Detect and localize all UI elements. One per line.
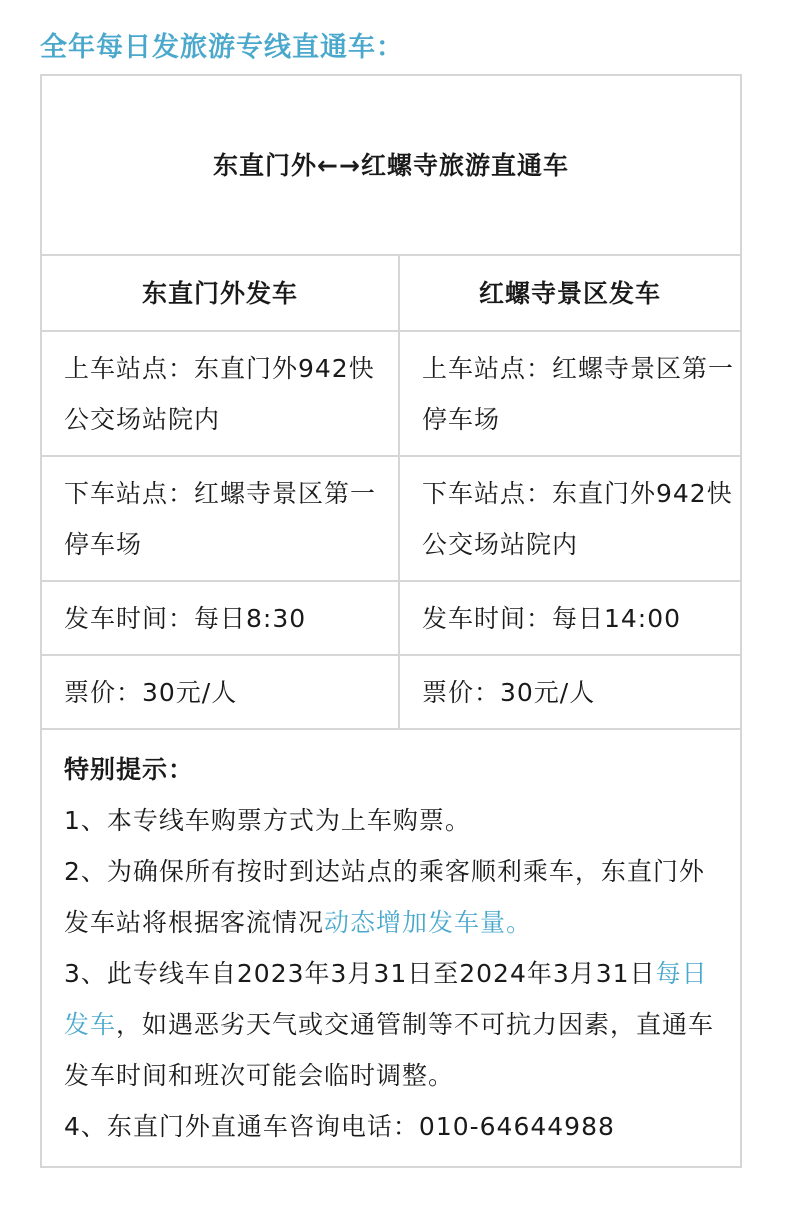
note-item-2-highlight: 动态增加发车量。 [324, 908, 532, 937]
table-row-fare: 票价：30元/人 票价：30元/人 [41, 655, 741, 729]
special-notes: 特别提示： 1、本专线车购票方式为上车购票。 2、为确保所有按时到达站点的乘客顺… [41, 729, 741, 1167]
table-row-boarding: 上车站点：东直门外942快公交场站院内 上车站点：红螺寺景区第一停车场 [41, 331, 741, 456]
section-heading: 全年每日发旅游专线直通车： [40, 28, 404, 68]
note-item-3-suffix: ，如遇恶劣天气或交通管制等不可抗力因素，直通车发车时间和班次可能会临时调整。 [64, 1010, 714, 1090]
departure-time-right: 发车时间：每日14:00 [399, 581, 741, 655]
alighting-stop-right: 下车站点：东直门外942快公交场站院内 [399, 456, 741, 581]
fare-left: 票价：30元/人 [41, 655, 399, 729]
table-row-departure-time: 发车时间：每日8:30 发车时间：每日14:00 [41, 581, 741, 655]
note-item-4: 4、东直门外直通车咨询电话：010-64644988 [64, 1101, 718, 1152]
note-item-3-prefix: 3、此专线车自2023年3月31日至2024年3月31日 [64, 959, 656, 988]
fare-right: 票价：30元/人 [399, 655, 741, 729]
table-row-alighting: 下车站点：红螺寺景区第一停车场 下车站点：东直门外942快公交场站院内 [41, 456, 741, 581]
note-item-1: 1、本专线车购票方式为上车购票。 [64, 795, 718, 846]
note-item-2: 2、为确保所有按时到达站点的乘客顺利乘车，东直门外发车站将根据客流情况动态增加发… [64, 846, 718, 948]
column-header-hongluosi: 红螺寺景区发车 [399, 255, 741, 331]
boarding-stop-right: 上车站点：红螺寺景区第一停车场 [399, 331, 741, 456]
bus-schedule-table: 东直门外←→红螺寺旅游直通车 东直门外发车 红螺寺景区发车 上车站点：东直门外9… [40, 74, 742, 1168]
column-header-dongzhimen: 东直门外发车 [41, 255, 399, 331]
note-item-3: 3、此专线车自2023年3月31日至2024年3月31日每日发车，如遇恶劣天气或… [64, 948, 718, 1101]
departure-time-left: 发车时间：每日8:30 [41, 581, 399, 655]
boarding-stop-left: 上车站点：东直门外942快公交场站院内 [41, 331, 399, 456]
table-title: 东直门外←→红螺寺旅游直通车 [41, 75, 741, 255]
alighting-stop-left: 下车站点：红螺寺景区第一停车场 [41, 456, 399, 581]
notes-title: 特别提示： [64, 744, 718, 795]
